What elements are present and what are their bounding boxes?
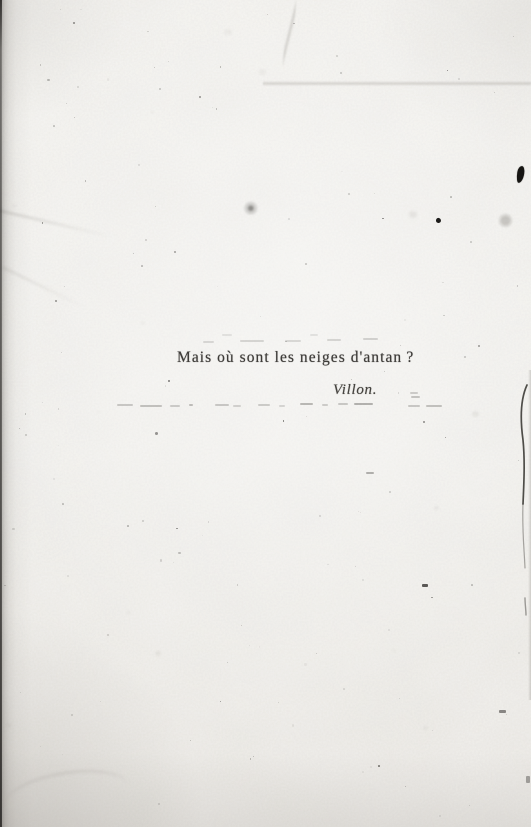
bleed-dash-mark [322, 404, 328, 406]
paper-speck [288, 218, 290, 220]
paper-speck [138, 164, 140, 166]
paper-speck [40, 746, 41, 747]
paper-speck [85, 180, 86, 181]
paper-speck [100, 701, 101, 702]
paper-mottle-blob [392, 649, 396, 653]
paper-speck [360, 512, 361, 513]
paper-speck [77, 86, 79, 88]
paper-speck [237, 584, 239, 586]
paper-speck [464, 356, 466, 358]
paper-mottle-blob [434, 506, 439, 510]
bleed-dash-mark [285, 340, 301, 342]
bleed-dash-mark [170, 405, 180, 407]
paper-specks [0, 0, 531, 827]
paper-speck [154, 67, 155, 68]
ink-dot-mark [435, 217, 441, 223]
paper-speck [107, 78, 109, 80]
bleed-dash-mark [140, 405, 162, 407]
paper-speck [53, 125, 55, 127]
bleed-dash-mark [203, 341, 214, 343]
paper-speck [399, 698, 400, 699]
bleed-dash-mark [240, 340, 264, 342]
bleed-dash-mark [327, 339, 341, 341]
paper-speck [80, 9, 81, 10]
paper-speck [388, 629, 389, 630]
paper-mottle-blob [259, 69, 266, 75]
paper-speck [343, 688, 345, 690]
paper-speck [445, 437, 446, 438]
paper-speck [147, 31, 149, 33]
paper-speck [241, 625, 242, 626]
paper-speck [362, 579, 364, 581]
paper-speck [73, 22, 75, 24]
paper-speck [370, 766, 372, 768]
paper-speck [250, 758, 252, 760]
paper-speck [432, 730, 433, 731]
paper-speck [518, 652, 520, 654]
binding-gutter-shadow [0, 0, 16, 827]
paper-speck [518, 460, 519, 461]
paper-speck [517, 285, 518, 286]
paper-speck [450, 196, 452, 198]
paper-speck [40, 64, 41, 65]
paper-crease [263, 81, 531, 86]
paper-speck [348, 193, 350, 195]
ink-dash-mark [499, 710, 506, 713]
faint-smudge-mark [497, 213, 514, 228]
paper-speck [405, 786, 406, 787]
paper-speck [64, 286, 65, 287]
epigraph-quote: Mais où sont les neiges d'antan ? [177, 349, 414, 367]
bleed-dash-mark [338, 403, 348, 405]
paper-speck [67, 575, 69, 577]
paper-speck [62, 754, 63, 755]
paper-mottle-blob [151, 111, 154, 114]
bleed-dash-mark [408, 405, 420, 407]
paper-speck [259, 646, 260, 647]
paper-speck [47, 79, 49, 81]
paper-speck [439, 815, 441, 817]
smudge-mark [243, 200, 258, 215]
bleed-dash-mark [222, 334, 232, 336]
ink-dash-mark [366, 472, 374, 474]
paper-speck [155, 206, 156, 207]
bleed-dash-mark [189, 404, 193, 406]
paper-speck [42, 402, 43, 403]
paper-speck [442, 282, 443, 283]
paper-speck [199, 96, 201, 98]
paper-speck [470, 241, 472, 243]
paper-speck [216, 108, 218, 110]
paper-speck [227, 662, 228, 663]
paper-speck [285, 341, 286, 342]
paper-mottle-blob [409, 211, 417, 217]
paper-speck [305, 263, 307, 265]
paper-speck [61, 352, 62, 353]
paper-mottle-blob [423, 726, 428, 730]
paper-grain-texture [0, 0, 531, 827]
paper-speck [378, 765, 380, 767]
paper-speck [355, 566, 356, 567]
paper-speck [127, 525, 129, 527]
paper-speck [431, 597, 433, 599]
paper-speck [423, 421, 425, 423]
paper-crease [1, 762, 133, 827]
paper-speck [304, 663, 306, 665]
binding-edge-line [0, 0, 2, 827]
ink-dot-mark [155, 432, 158, 435]
paper-speck [384, 371, 385, 372]
paper-speck [158, 803, 160, 805]
epigraph-attribution: Villon. [333, 382, 377, 399]
paper-speck [374, 193, 375, 194]
paper-speck [278, 702, 279, 703]
paper-speck [293, 23, 295, 25]
paper-speck [176, 528, 178, 530]
paper-speck [142, 520, 144, 522]
paper-crease [283, 0, 297, 66]
paper-speck [249, 645, 250, 646]
paper-mottle-blob [224, 29, 231, 35]
paper-speck [133, 253, 134, 254]
paper-speck [141, 265, 143, 267]
paper-speck [55, 300, 57, 302]
paper-mottle-blob [97, 411, 100, 414]
paper-speck [389, 491, 390, 492]
bleed-dash-mark [279, 405, 285, 407]
paper-speck [53, 478, 55, 480]
paper-speck [74, 117, 75, 118]
paper-speck [506, 714, 507, 715]
paper-speck [178, 552, 180, 554]
paper-speck [173, 562, 174, 563]
paper-speck [202, 535, 203, 536]
paper-speck [494, 92, 495, 93]
scanned-book-page: Mais où sont les neiges d'antan ? Villon… [0, 0, 531, 827]
paper-speck [283, 420, 284, 421]
paper-speck [340, 72, 342, 74]
paper-speck [404, 319, 406, 321]
paper-speck [217, 286, 218, 287]
paper-crease [0, 209, 113, 238]
scan-vignette [0, 0, 531, 827]
paper-speck [351, 379, 352, 380]
ink-blot-mark [516, 166, 526, 184]
bleed-dash-mark [310, 334, 318, 336]
paper-speck [306, 416, 307, 417]
bleed-dash-mark [363, 338, 378, 340]
paper-speck [316, 653, 317, 654]
paper-speck [165, 385, 167, 387]
paper-speck [25, 413, 27, 415]
paper-speck [62, 503, 64, 505]
paper-speck [190, 740, 191, 741]
bleed-dash-mark [117, 404, 133, 406]
paper-speck [107, 634, 109, 636]
paper-speck [358, 511, 359, 512]
bleed-dash-mark [300, 403, 313, 405]
bleed-dash-mark [215, 404, 229, 406]
bleed-dash-mark [233, 405, 241, 407]
paper-speck [398, 392, 399, 393]
paper-speck [145, 239, 147, 241]
edge-mark [526, 776, 530, 783]
bleed-through-marks [0, 0, 531, 827]
paper-speck [168, 61, 169, 62]
paper-speck [253, 756, 254, 757]
paper-speck [471, 584, 473, 586]
paper-speck [458, 78, 460, 80]
paper-speck [25, 434, 27, 436]
paper-speck [168, 380, 170, 382]
paper-speck [382, 218, 384, 220]
ink-dash-mark [422, 584, 428, 587]
paper-speck [58, 408, 60, 410]
paper-speck [212, 107, 213, 108]
paper-speck [20, 692, 21, 693]
paper-speck [478, 345, 480, 347]
paper-speck [319, 515, 321, 517]
paper-speck [208, 521, 209, 522]
paper-speck [159, 88, 161, 90]
bleed-dash-mark [354, 403, 373, 405]
paper-speck [60, 9, 61, 10]
bleed-dash-mark [411, 396, 420, 398]
paper-mottle-blob [141, 321, 145, 325]
paper-mottle-blob [127, 611, 130, 614]
paper-speck [260, 316, 261, 317]
paper-speck [71, 714, 73, 716]
paper-speck [174, 251, 176, 253]
paper-speck [513, 36, 514, 37]
paper-speck [42, 222, 43, 223]
paper-speck [160, 559, 162, 561]
paper-speck [443, 315, 445, 317]
paper-speck [469, 805, 470, 806]
paper-speck [220, 66, 221, 67]
paper-speck [447, 70, 448, 71]
paper-speck [362, 771, 364, 773]
paper-speck [58, 445, 59, 446]
paper-speck [267, 14, 268, 15]
paper-speck [336, 55, 338, 57]
paper-mottle-blob [472, 411, 480, 417]
bleed-dash-mark [426, 405, 442, 407]
paper-speck [400, 345, 401, 346]
paper-speck [19, 428, 20, 429]
paper-speck [327, 564, 329, 566]
bleed-dash-mark [258, 404, 270, 406]
paper-speck [220, 701, 221, 702]
paper-speck [341, 171, 342, 172]
paper-speck [66, 103, 67, 104]
paper-mottle-blob [155, 651, 161, 656]
paper-speck [292, 724, 294, 726]
bleed-dash-mark [410, 392, 418, 394]
